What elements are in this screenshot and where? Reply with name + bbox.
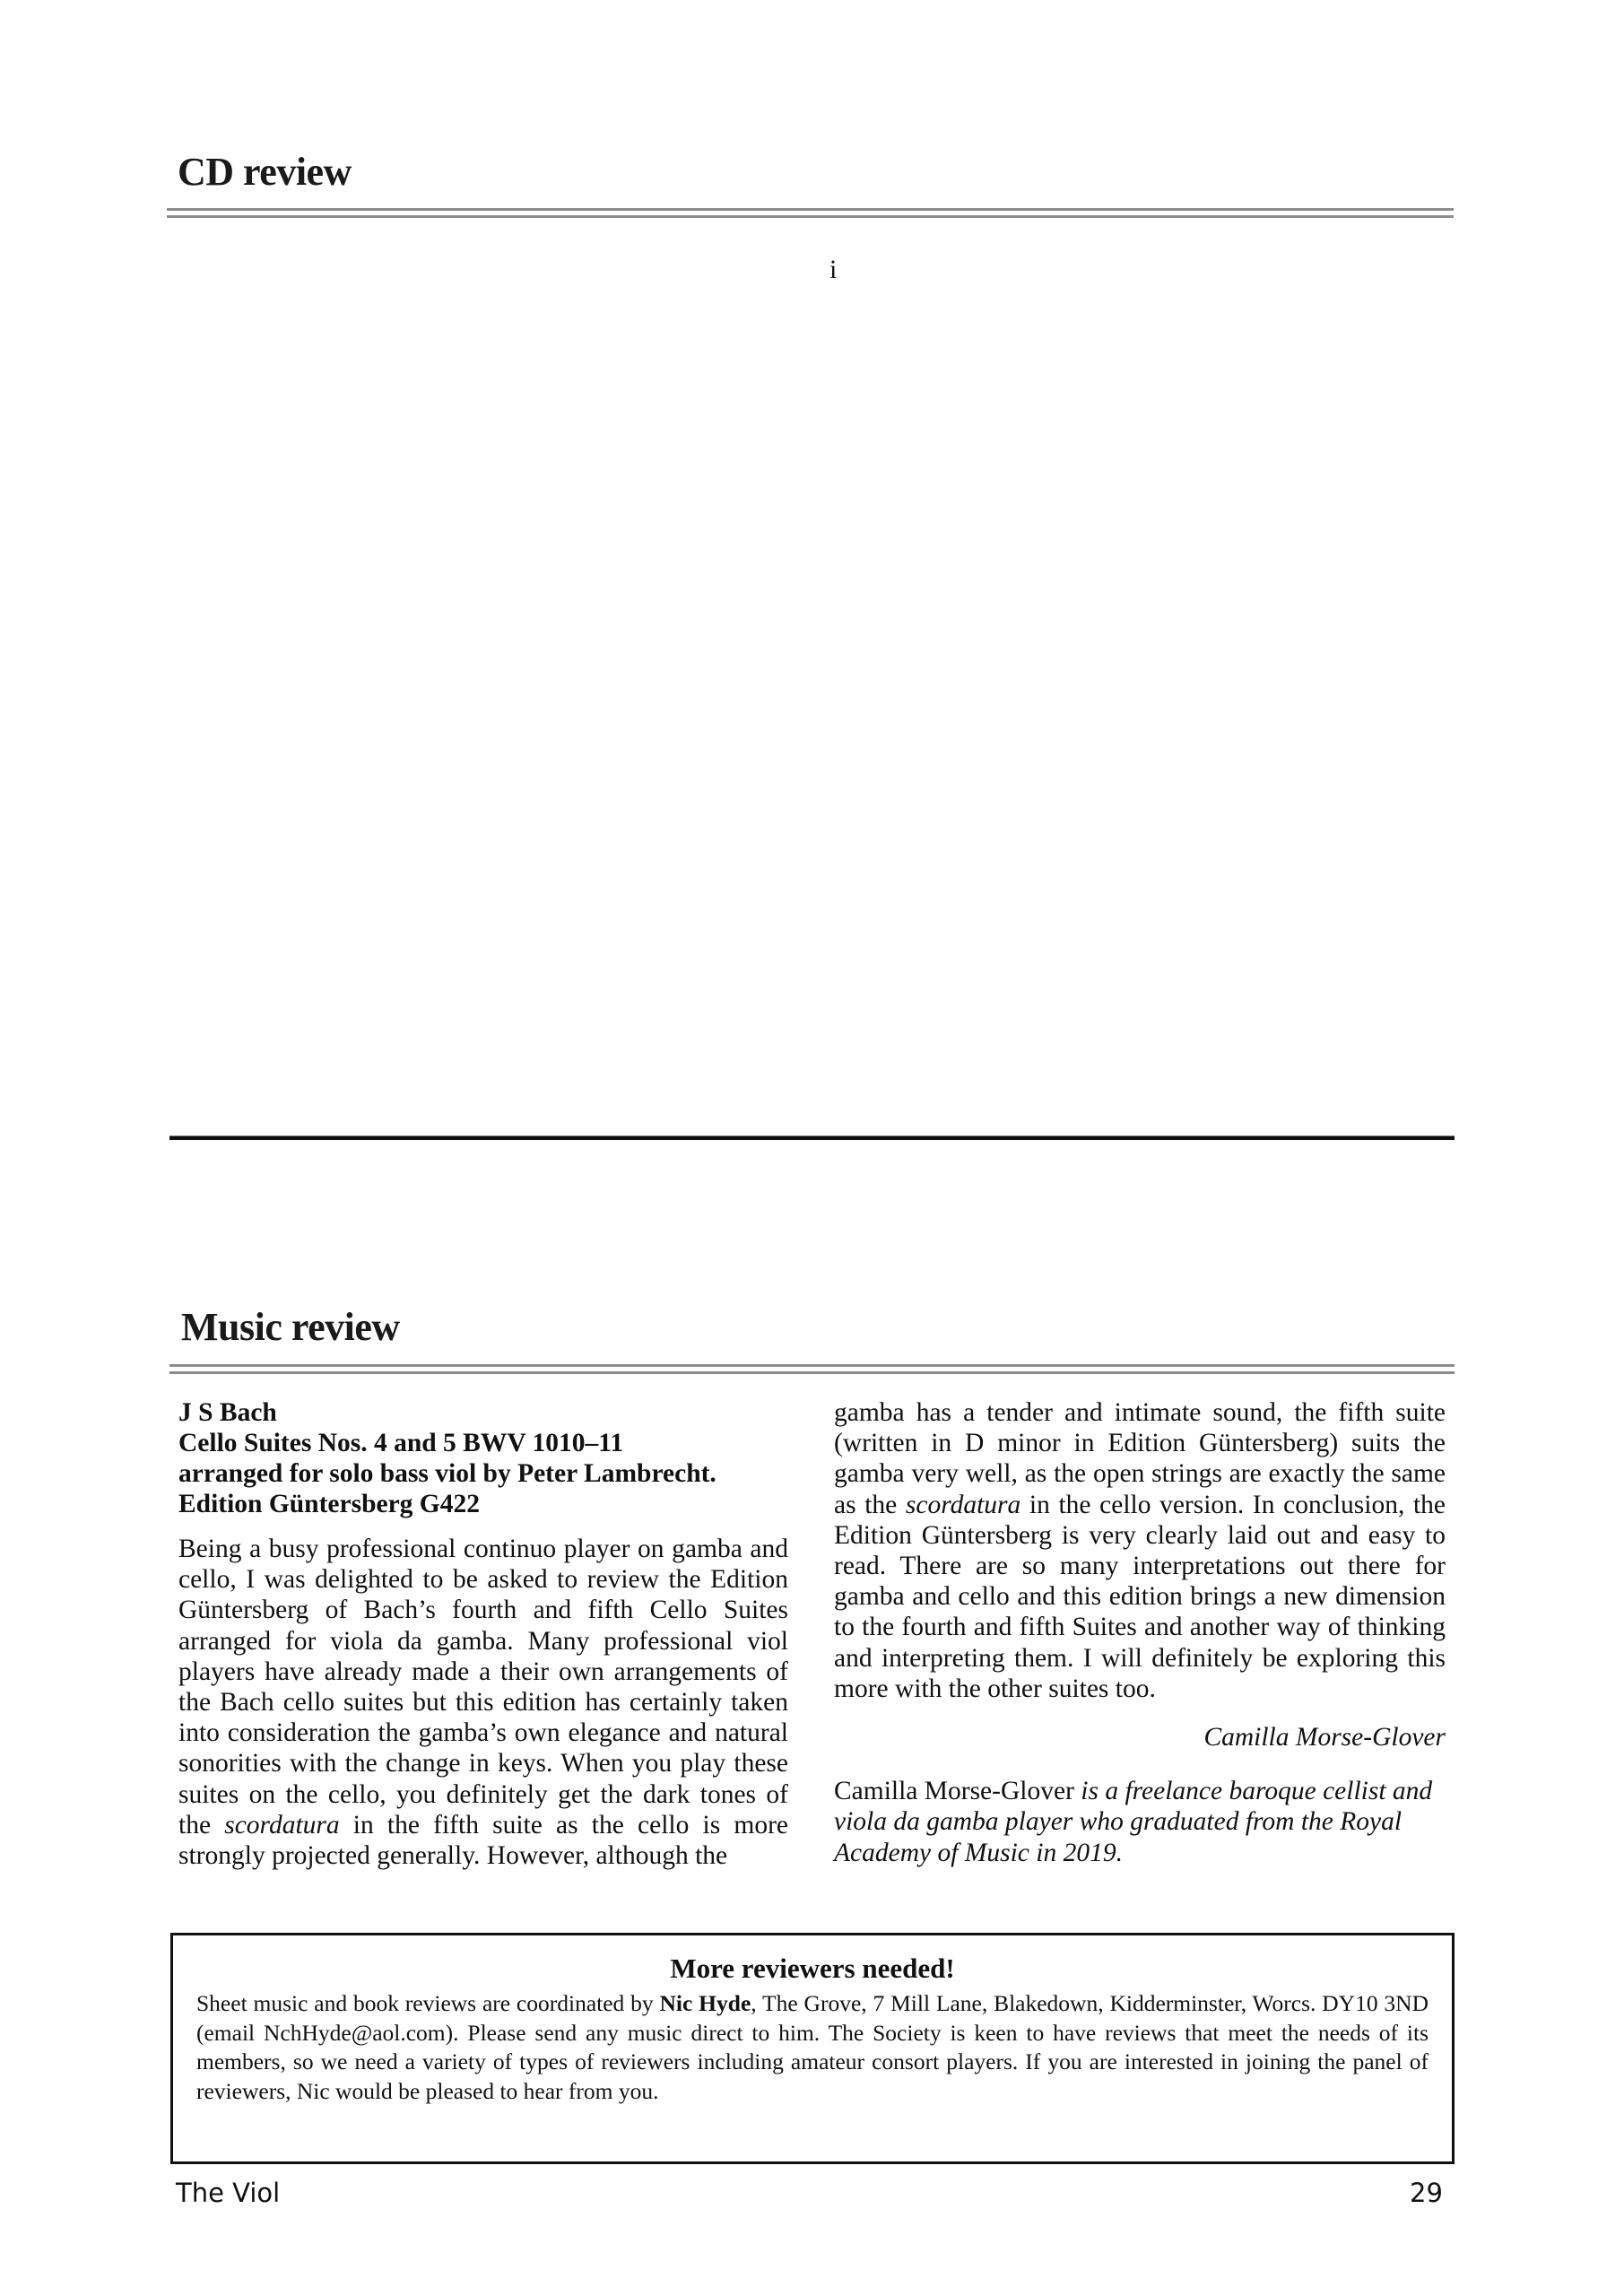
review-work-title: Cello Suites Nos. 4 and 5 BWV 1010–11 [178,1428,788,1458]
section-divider-rule [169,1135,1455,1140]
notice-text-segment: Sheet music and book reviews are coordin… [196,1990,660,2016]
review-publisher: Edition Güntersberg G422 [178,1489,788,1519]
music-review-double-rule [169,1364,1455,1375]
review-body-paragraph: Being a busy professional continuo playe… [178,1534,788,1871]
notice-title: More reviewers needed! [196,1952,1429,1986]
footer-publication-name: The Viol [176,2178,280,2208]
notice-coordinator-name: Nic Hyde [660,1990,751,2016]
review-column-left: J S Bach Cello Suites Nos. 4 and 5 BWV 1… [178,1397,788,1871]
review-arrangement: arranged for solo bass viol by Peter Lam… [178,1458,788,1489]
rule-line-lower [169,1371,1455,1374]
review-column-right: gamba has a tender and intimate sound, t… [834,1397,1446,1868]
review-italic-term: scordatura [906,1491,1020,1519]
cd-review-double-rule [167,208,1454,219]
rule-line-upper [167,208,1454,211]
reviewer-bio: Camilla Morse-Glover is a freelance baro… [834,1776,1446,1868]
reviewer-bio-name: Camilla Morse-Glover [834,1777,1074,1805]
music-review-title: Music review [181,1304,400,1350]
review-body-continuation: gamba has a tender and intimate sound, t… [834,1397,1446,1704]
review-text-segment: Being a busy professional continuo playe… [178,1535,788,1839]
rule-line-upper [169,1364,1455,1367]
review-item-heading: J S Bach Cello Suites Nos. 4 and 5 BWV 1… [178,1397,788,1519]
review-italic-term: scordatura [224,1811,339,1839]
reviewers-needed-box: More reviewers needed! Sheet music and b… [170,1933,1455,2164]
notice-body: Sheet music and book reviews are coordin… [196,1989,1429,2106]
review-composer: J S Bach [178,1397,788,1428]
review-text-segment: in the cello version. In conclusion, the… [834,1491,1446,1703]
rule-line-lower [167,215,1454,218]
footer-page-number: 29 [1410,2178,1443,2208]
cd-review-placeholder-glyph: i [829,255,837,285]
reviewer-signature: Camilla Morse-Glover [834,1722,1446,1752]
cd-review-title: CD review [178,149,352,195]
